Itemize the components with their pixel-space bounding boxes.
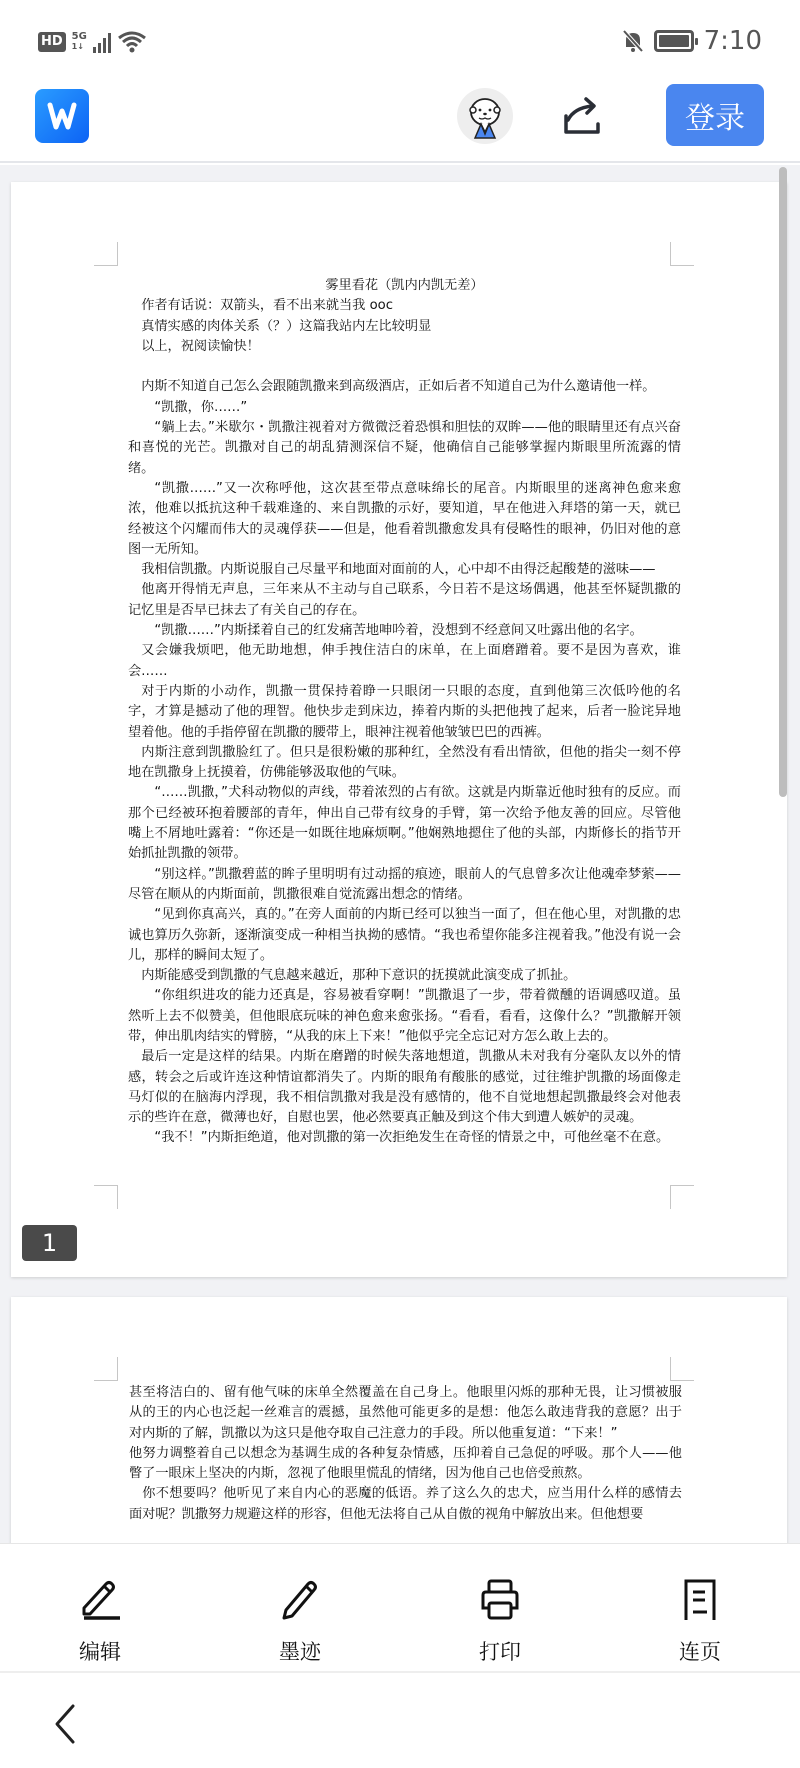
preface-line: 真情实感的肉体关系（？）这篇我站内左比较明显 — [128, 317, 681, 337]
network-type: 5G 1↓ — [72, 32, 87, 52]
mute-bell-icon — [622, 29, 644, 53]
status-right: 7:10 — [622, 26, 762, 56]
paragraph: 最后一定是这样的结果。内斯在磨蹭的时候失落地想道，凯撒从未对我有分毫队友以外的情… — [128, 1047, 681, 1128]
scrollbar-thumb[interactable] — [779, 167, 787, 797]
edit-pen-icon — [78, 1578, 122, 1622]
paragraph: “……凯撒，”犬科动物似的声线，带着浓烈的占有欲。这就是内斯靠近他时独有的反应。… — [128, 783, 681, 864]
back-button[interactable] — [45, 1700, 85, 1748]
status-bar: HD 5G 1↓ 7:10 — [0, 0, 800, 88]
navigation-bar — [0, 1675, 800, 1768]
share-icon[interactable] — [560, 94, 604, 138]
hd-icon: HD — [38, 32, 66, 52]
blank-line — [128, 357, 681, 377]
bottom-toolbar: 编辑 墨迹 打印 连页 — [0, 1543, 800, 1673]
margin-corner — [670, 242, 694, 266]
avatar-icon[interactable] — [457, 88, 513, 144]
login-button[interactable]: 登录 — [666, 84, 764, 146]
page-1-text: 雾里看花（凯内内凯无差） 作者有话说：双箭头，看不出来就当我 ooc 真情实感的… — [128, 276, 681, 1149]
chevron-left-icon — [45, 1700, 85, 1748]
battery-icon — [654, 30, 694, 52]
ink-pencil-icon — [278, 1578, 322, 1622]
paragraph: 他努力调整着自己以想念为基调生成的各种复杂情感，压抑着自己急促的呼吸。那个人——… — [129, 1444, 682, 1485]
paragraph: 内斯不知道自己怎么会跟随凯撒来到高级酒店，正如后者不知道自己为什么邀请他一样。 — [128, 377, 681, 397]
paragraph: 内斯能感受到凯撒的气息越来越近，那种下意识的抚摸就此演变成了抓扯。 — [128, 966, 681, 986]
status-left: HD 5G 1↓ — [38, 30, 147, 54]
continuous-page-icon — [678, 1578, 722, 1622]
wps-logo-icon[interactable] — [35, 89, 89, 143]
app-header: 登录 — [0, 88, 800, 163]
preface-line: 以上，祝阅读愉快！ — [128, 337, 681, 357]
document-page-2: 甚至将洁白的、留有他气味的床单全然覆盖在自己身上。他眼里闪烁的那种无畏，让习惯被… — [11, 1297, 787, 1543]
paragraph: 对于内斯的小动作，凯撒一贯保持着睁一只眼闭一只眼的态度，直到他第三次低吟他的名字… — [128, 682, 681, 743]
paragraph: “躺上去。”米歇尔・凯撒注视着对方微微泛着恐惧和胆怯的双眸——他的眼睛里还有点兴… — [128, 418, 681, 479]
margin-corner — [670, 1185, 694, 1209]
paragraph: 又会嫌我烦吧，他无助地想，伸手拽住洁白的床单，在上面磨蹭着。要不是因为喜欢，谁会… — [128, 641, 681, 682]
paragraph: “你组织进攻的能力还真是，容易被看穿啊！”凯撒退了一步，带着微醺的语调感叹道。虽… — [128, 986, 681, 1047]
paragraph: “别这样。”凯撒碧蓝的眸子里明明有过动摇的痕迹，眼前人的气息曾多次让他魂牵梦萦—… — [128, 865, 681, 906]
edit-label: 编辑 — [79, 1636, 121, 1666]
continuous-page-button[interactable]: 连页 — [600, 1544, 800, 1671]
paragraph: 甚至将洁白的、留有他气味的床单全然覆盖在自己身上。他眼里闪烁的那种无畏，让习惯被… — [129, 1383, 682, 1444]
page-number-badge: 1 — [22, 1225, 77, 1261]
paragraph: “凯撒，你……” — [128, 398, 681, 418]
ink-label: 墨迹 — [279, 1636, 321, 1666]
document-page-1: 雾里看花（凯内内凯无差） 作者有话说：双箭头，看不出来就当我 ooc 真情实感的… — [11, 182, 787, 1277]
network-sub: 1↓ — [72, 42, 87, 52]
signal-icon — [93, 31, 111, 53]
paragraph: 你不想要吗？他听见了来自内心的恶魔的低语。养了这么久的忠犬，应当用什么样的感情去… — [129, 1484, 682, 1525]
paragraph: “我不！”内斯拒绝道，他对凯撒的第一次拒绝发生在奇怪的情景之中，可他丝毫不在意。 — [128, 1128, 681, 1148]
page-2-text: 甚至将洁白的、留有他气味的床单全然覆盖在自己身上。他眼里闪烁的那种无畏，让习惯被… — [129, 1383, 682, 1525]
paragraph: “凯撒……”内斯揉着自己的红发痛苦地呻吟着，没想到不经意间又吐露出他的名字。 — [128, 621, 681, 641]
paragraph: 内斯注意到凯撒脸红了。但只是很粉嫩的那种红，全然没有看出情欲，但他的指尖一刻不停… — [128, 743, 681, 784]
edit-button[interactable]: 编辑 — [0, 1544, 200, 1671]
paragraph: 他离开得悄无声息，三年来从不主动与自己联系，今日若不是这场偶遇，他甚至怀疑凯撒的… — [128, 580, 681, 621]
ink-button[interactable]: 墨迹 — [200, 1544, 400, 1671]
wifi-icon — [117, 30, 147, 54]
document-viewport[interactable]: 雾里看花（凯内内凯无差） 作者有话说：双箭头，看不出来就当我 ooc 真情实感的… — [0, 165, 800, 1543]
paragraph: “见到你真高兴，真的。”在旁人面前的内斯已经可以独当一面了，但在他心里，对凯撒的… — [128, 905, 681, 966]
preface-line: 作者有话说：双箭头，看不出来就当我 ooc — [128, 296, 681, 316]
continuous-page-label: 连页 — [679, 1636, 721, 1666]
paragraph: 我相信凯撒。内斯说服自己尽量平和地面对面前的人，心中却不由得泛起酸楚的滋味—— — [128, 560, 681, 580]
margin-corner — [670, 1357, 694, 1381]
margin-corner — [94, 1185, 118, 1209]
printer-icon — [478, 1578, 522, 1622]
paragraph: “凯撒……”又一次称呼他，这次甚至带点意味绵长的尾音。内斯眼里的迷离神色愈来愈浓… — [128, 479, 681, 560]
document-title: 雾里看花（凯内内凯无差） — [128, 276, 681, 296]
margin-corner — [94, 242, 118, 266]
margin-corner — [94, 1357, 118, 1381]
print-button[interactable]: 打印 — [400, 1544, 600, 1671]
network-label: 5G — [72, 32, 87, 42]
clock: 7:10 — [704, 26, 762, 56]
print-label: 打印 — [479, 1636, 521, 1666]
w-letter-icon — [45, 99, 79, 133]
